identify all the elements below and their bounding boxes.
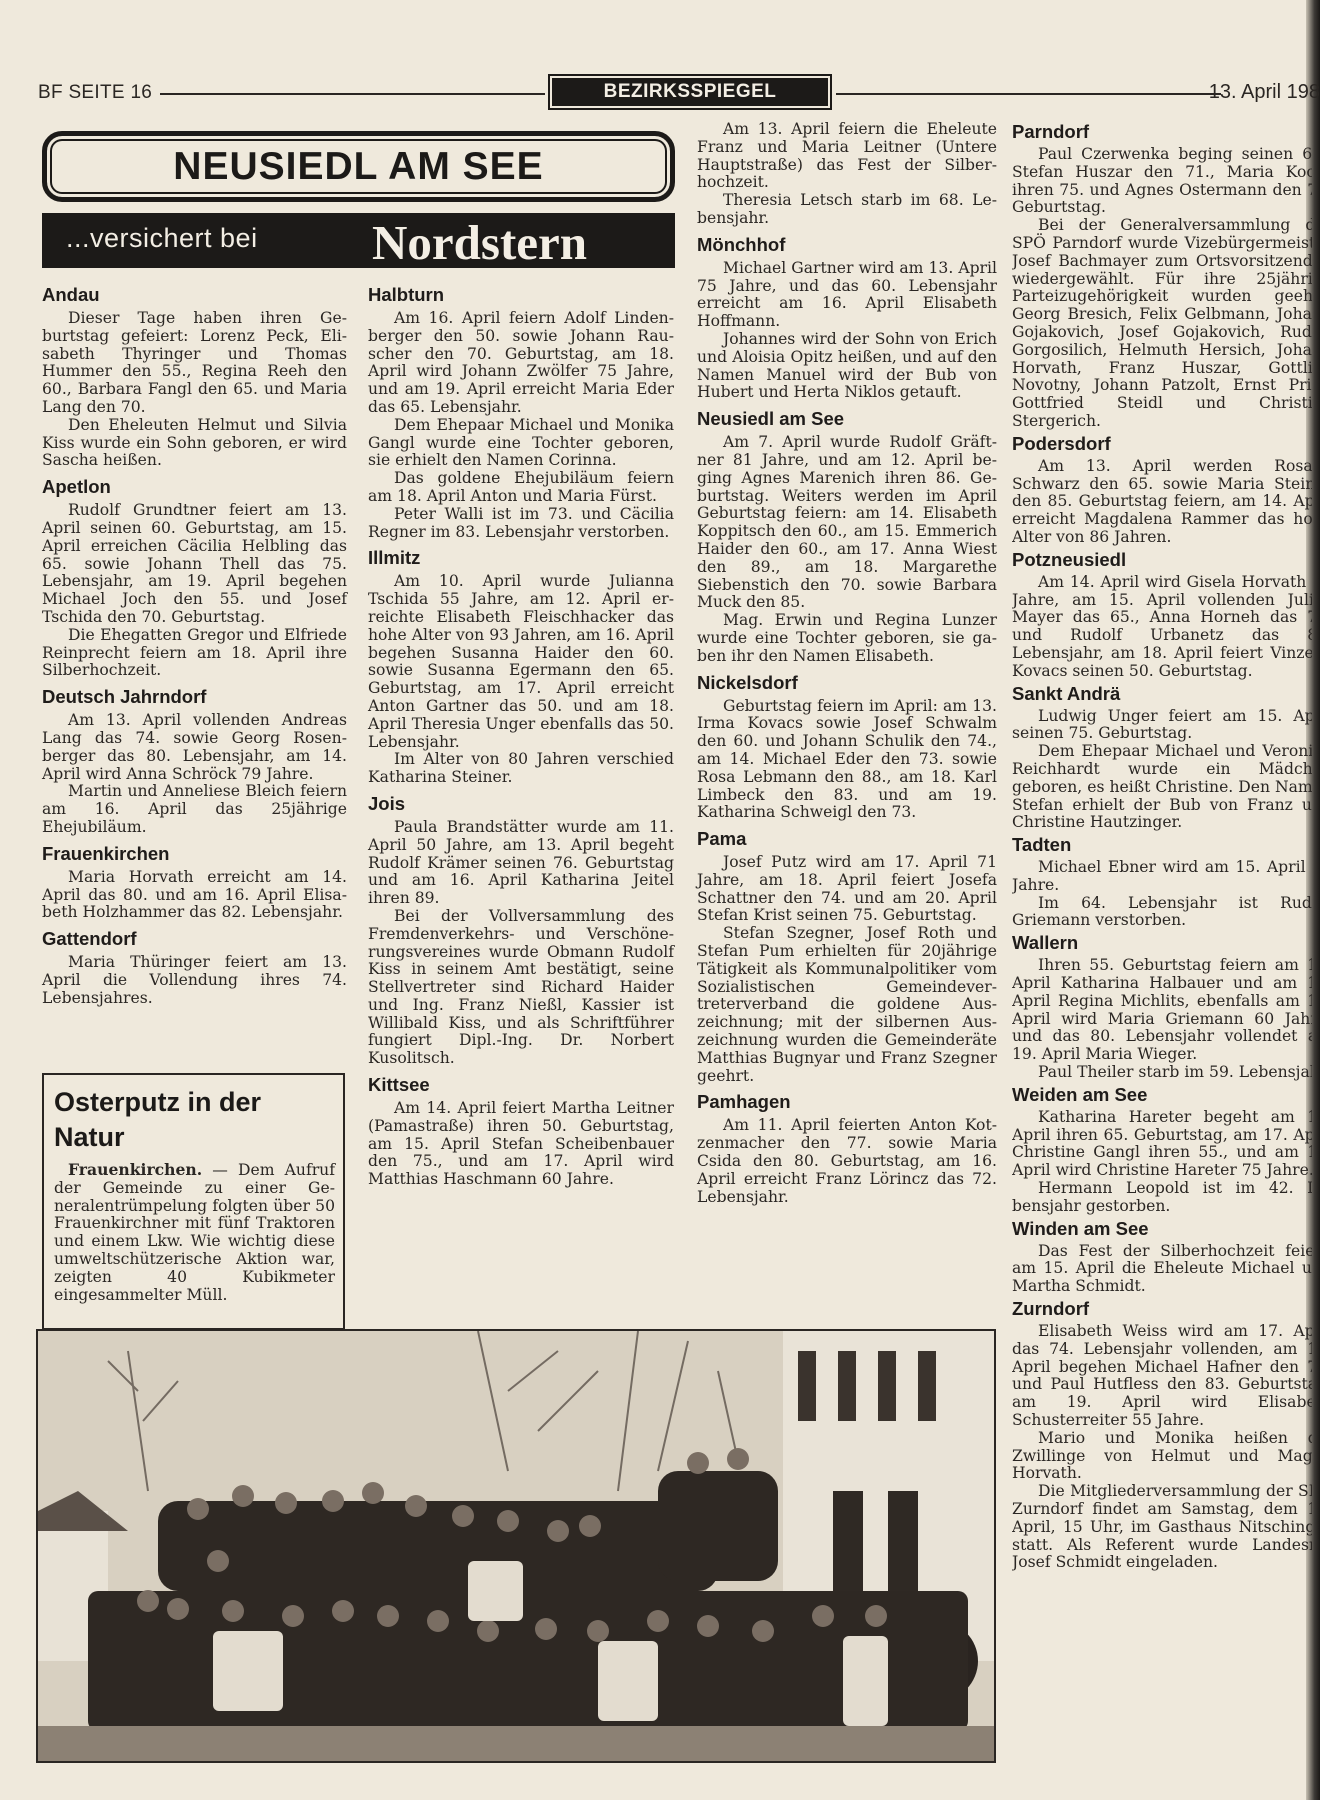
- sponsor-brand: Nordstern: [372, 214, 587, 268]
- place-heading: Podersdorf: [1012, 433, 1312, 455]
- article: PotzneusiedlAm 14. April wird Gisela Hor…: [1012, 549, 1312, 681]
- article-paragraph: Ihren 55. Geburtstag feiern am 14. April…: [1012, 957, 1312, 1064]
- place-heading: Frauenkirchen: [42, 843, 347, 865]
- page-label: BF SEITE 16: [38, 82, 152, 104]
- article: ZurndorfElisabeth Weiss wird am 17. Apri…: [1012, 1298, 1312, 1572]
- place-heading: Potzneusiedl: [1012, 549, 1312, 571]
- article: Weiden am SeeKatharina Hareter begeht am…: [1012, 1084, 1312, 1216]
- place-heading: Nickelsdorf: [697, 672, 997, 694]
- article-paragraph: Die Ehegatten Gregor und El­friede Reinp…: [42, 627, 347, 680]
- article-paragraph: Josef Putz wird am 17. April 71 Jahre, a…: [697, 854, 997, 925]
- place-heading: Kittsee: [368, 1074, 674, 1096]
- place-heading: Mönchhof: [697, 234, 997, 256]
- place-heading: Zurndorf: [1012, 1298, 1312, 1320]
- place-heading: Apetlon: [42, 476, 347, 498]
- article-paragraph: Katharina Hareter begeht am 15. April ih…: [1012, 1109, 1312, 1180]
- article-paragraph: Dem Ehepaar Michael und Mo­nika Gangl wu…: [368, 417, 674, 470]
- article-paragraph: Paul Theiler starb im 59. Lebens­jahr.: [1012, 1064, 1312, 1082]
- article-paragraph: Bei der Generalversammlung der SPÖ Parnd…: [1012, 217, 1312, 431]
- article: WallernIhren 55. Geburtstag feiern am 14…: [1012, 932, 1312, 1082]
- issue-date: 13. April 198: [1209, 81, 1320, 104]
- article: PamhagenAm 11. April feierten Anton Kot­…: [697, 1091, 997, 1206]
- article: MönchhofMichael Gartner wird am 13. Apri…: [697, 234, 997, 402]
- place-heading: Gattendorf: [42, 928, 347, 950]
- article: GattendorfMaria Thüringer feiert am 13. …: [42, 928, 347, 1007]
- place-heading: Jois: [368, 793, 674, 815]
- article-paragraph: Das Fest der Silberhochzeit feiern am 15…: [1012, 1243, 1312, 1296]
- article-paragraph: Ludwig Unger feiert am 15. April seinen …: [1012, 708, 1312, 744]
- article: ApetlonRudolf Grundtner feiert am 13. Ap…: [42, 476, 347, 680]
- place-heading: Pamhagen: [697, 1091, 997, 1113]
- article-paragraph: Am 13. April werden Rosalia Schwarz den …: [1012, 458, 1312, 547]
- boxed-article-dateline: Frauenkirchen.: [68, 1160, 202, 1179]
- article-paragraph: Maria Thüringer feiert am 13. April die …: [42, 954, 347, 1007]
- article-paragraph: Am 11. April feierten Anton Kot­zenmache…: [697, 1117, 997, 1206]
- article-paragraph: Theresia Letsch starb im 68. Le­bensjahr…: [697, 192, 997, 228]
- article: Am 13. April feiern die Eheleute Franz u…: [697, 121, 997, 228]
- place-heading: Neusiedl am See: [697, 408, 997, 430]
- article-paragraph: Dieser Tage haben ihren Ge­burtstag gefe…: [42, 310, 347, 417]
- article-paragraph: Rudolf Grundtner feiert am 13. April sei…: [42, 502, 347, 627]
- article-paragraph: Am 10. April wurde Julianna Tschida 55 J…: [368, 573, 674, 751]
- page-header: BF SEITE 16 BEZIRKSSPIEGEL 13. April 198: [38, 78, 1320, 108]
- article-paragraph: Dem Ehepaar Michael und Ve­ronika Reichh…: [1012, 743, 1312, 832]
- article-paragraph: Am 13. April feiern die Eheleute Franz u…: [697, 121, 997, 192]
- district-title: NEUSIEDL AM SEE: [42, 131, 675, 202]
- article-paragraph: Johannes wird der Sohn von Erich und Alo…: [697, 331, 997, 402]
- article-paragraph: Geburtstag feiern im April: am 13. Irma …: [697, 698, 997, 823]
- place-heading: Tadten: [1012, 834, 1312, 856]
- place-heading: Winden am See: [1012, 1218, 1312, 1240]
- article: PodersdorfAm 13. April werden Rosalia Sc…: [1012, 433, 1312, 547]
- article: HalbturnAm 16. April feiern Adolf Linden…: [368, 284, 674, 541]
- article-paragraph: Martin und Anneliese Bleich feiern am 16…: [42, 783, 347, 836]
- article-paragraph: Paul Czerwenka beging seinen 60., Stefan…: [1012, 146, 1312, 217]
- article-paragraph: Peter Walli ist im 73. und Cäcilia Regne…: [368, 506, 674, 542]
- sponsor-banner: ...versichert bei Nordstern: [42, 213, 675, 268]
- article-paragraph: Den Eheleuten Helmut und Sil­via Kiss wu…: [42, 417, 347, 470]
- article-paragraph: Elisabeth Weiss wird am 17. April das 74…: [1012, 1323, 1312, 1430]
- article-paragraph: Am 16. April feiern Adolf Linden­berger …: [368, 310, 674, 417]
- article: Neusiedl am SeeAm 7. April wurde Rudolf …: [697, 408, 997, 665]
- section-badge: BEZIRKSSPIEGEL: [548, 74, 832, 110]
- article: PamaJosef Putz wird am 17. April 71 Jahr…: [697, 828, 997, 1085]
- article-paragraph: Die Mitgliederversammlung der SPÖ Zurndo…: [1012, 1483, 1312, 1572]
- header-rule-right: [836, 93, 1221, 95]
- article: TadtenMichael Ebner wird am 15. April 74…: [1012, 834, 1312, 930]
- sponsor-tagline: ...versichert bei: [66, 223, 258, 254]
- article: FrauenkirchenMaria Horvath erreicht am 1…: [42, 843, 347, 922]
- article-paragraph: Michael Gartner wird am 13. April 75 Jah…: [697, 260, 997, 331]
- article-paragraph: Maria Horvath erreicht am 14. April das …: [42, 869, 347, 922]
- place-heading: Sankt Andrä: [1012, 683, 1312, 705]
- article: Deutsch JahrndorfAm 13. April vollenden …: [42, 686, 347, 837]
- place-heading: Andau: [42, 284, 347, 306]
- article: NickelsdorfGeburtstag feiern im April: a…: [697, 672, 997, 823]
- article: IllmitzAm 10. April wurde Julianna Tschi…: [368, 547, 674, 787]
- column-4: ParndorfPaul Czerwenka beging seinen 60.…: [1012, 121, 1312, 1572]
- article: JoisPaula Brandstätter wurde am 11. Apri…: [368, 793, 674, 1068]
- boxed-article-body: Frauenkirchen. — Dem Auf­ruf der Gemeind…: [54, 1161, 335, 1304]
- place-heading: Illmitz: [368, 547, 674, 569]
- article: ParndorfPaul Czerwenka beging seinen 60.…: [1012, 121, 1312, 431]
- article-paragraph: Mag. Erwin und Regina Lunzer wurde eine …: [697, 612, 997, 665]
- article-paragraph: Paula Brandstätter wurde am 11. April 50…: [368, 819, 674, 908]
- header-rule-left: [160, 93, 545, 95]
- article: AndauDieser Tage haben ihren Ge­burtstag…: [42, 284, 347, 470]
- article-paragraph: Das goldene Ehejubiläum feiern am 18. Ap…: [368, 470, 674, 506]
- place-heading: Halbturn: [368, 284, 674, 306]
- group-photo: [36, 1329, 996, 1763]
- column-4-inner: ParndorfPaul Czerwenka beging seinen 60.…: [1012, 121, 1312, 1572]
- group-photo-illustration: [38, 1331, 996, 1763]
- boxed-article-headline: Osterputz in der Natur: [54, 1085, 335, 1155]
- article-paragraph: Mario und Monika heißen die Zwillinge vo…: [1012, 1430, 1312, 1483]
- article-paragraph: Am 13. April vollenden Andreas Lang das …: [42, 712, 347, 783]
- article: KittseeAm 14. April feiert Martha Leit­n…: [368, 1074, 674, 1189]
- article-paragraph: Michael Ebner wird am 15. April 74 Jahre…: [1012, 859, 1312, 895]
- article-paragraph: Im 64. Lebensjahr ist Rudolf Griemann ve…: [1012, 895, 1312, 931]
- place-heading: Weiden am See: [1012, 1084, 1312, 1106]
- article: Winden am SeeDas Fest der Silberhochzeit…: [1012, 1218, 1312, 1296]
- place-heading: Deutsch Jahrndorf: [42, 686, 347, 708]
- article-paragraph: Am 14. April wird Gisela Horvath 65 Jahr…: [1012, 574, 1312, 681]
- article: Sankt AndräLudwig Unger feiert am 15. Ap…: [1012, 683, 1312, 833]
- article-paragraph: Hermann Leopold ist im 42. Le­bensjahr g…: [1012, 1180, 1312, 1216]
- place-heading: Parndorf: [1012, 121, 1312, 143]
- article-paragraph: Am 7. April wurde Rudolf Gräft­ner 81 Ja…: [697, 434, 997, 612]
- column-1: AndauDieser Tage haben ihren Ge­burtstag…: [42, 284, 347, 1008]
- column-2: HalbturnAm 16. April feiern Adolf Linden…: [368, 284, 674, 1189]
- boxed-article-text: — Dem Auf­ruf der Gemeinde zu einer Ge­n…: [54, 1161, 335, 1304]
- place-heading: Pama: [697, 828, 997, 850]
- article-paragraph: Im Alter von 80 Jahren verschied Kathari…: [368, 751, 674, 787]
- article-paragraph: Stefan Szegner, Josef Roth und Stefan Pu…: [697, 925, 997, 1085]
- column-3: Am 13. April feiern die Eheleute Franz u…: [697, 121, 997, 1206]
- boxed-article: Osterputz in der Natur Frauenkirchen. — …: [42, 1073, 345, 1330]
- article-paragraph: Am 14. April feiert Martha Leit­ner (Pam…: [368, 1100, 674, 1189]
- place-heading: Wallern: [1012, 932, 1312, 954]
- article-paragraph: Bei der Vollversammlung des Fremdenverke…: [368, 908, 674, 1068]
